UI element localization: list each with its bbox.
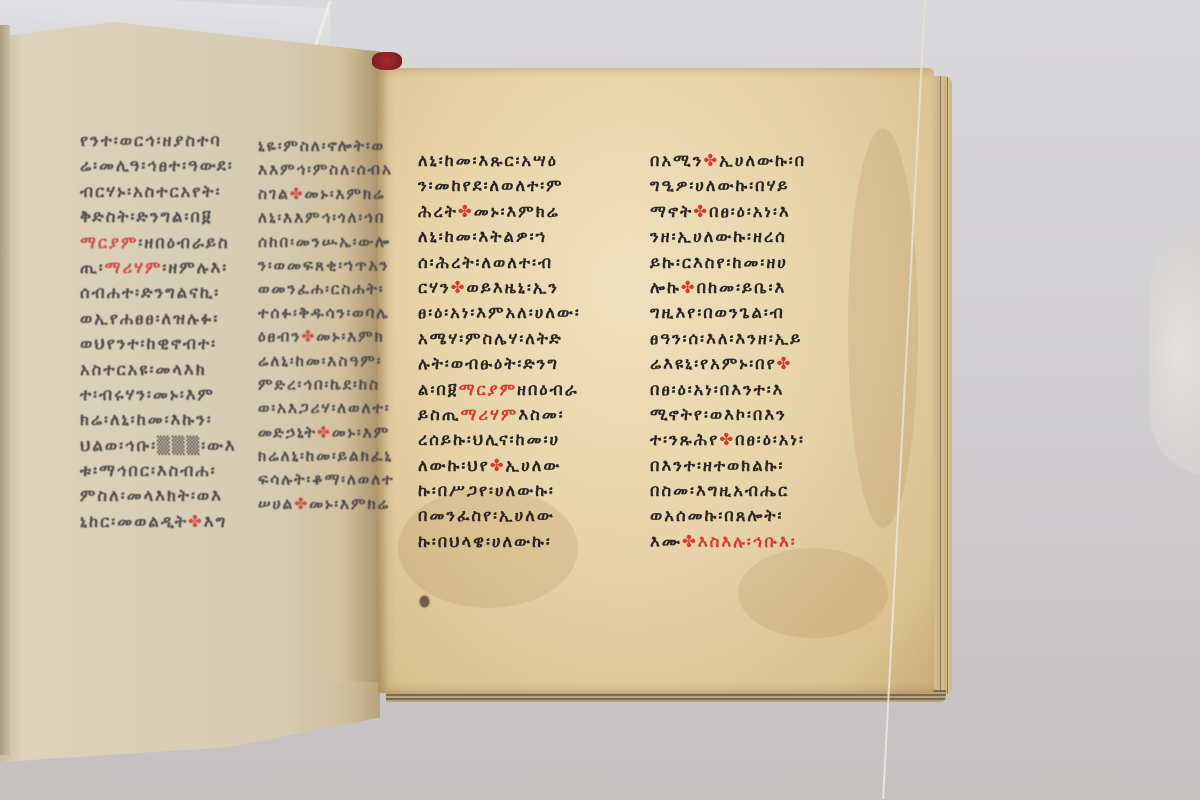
text-segment: እስመ፡ bbox=[518, 405, 564, 424]
text-line: አስተርአዩ፡መላእክ bbox=[80, 357, 237, 382]
text-line: ወአሰመኩ፡በጸሎት፡ bbox=[650, 503, 806, 528]
red-rubric: ✤ bbox=[188, 512, 204, 531]
text-line: ኩ፡በህላዌ፡ሀለውኩ፡ bbox=[418, 529, 581, 554]
left-page-edge bbox=[0, 25, 10, 755]
text-segment: ሬእዩኒ፡የአምኑ፡በየ bbox=[650, 354, 777, 373]
text-segment: ወይእዜኒ፡ኢን bbox=[466, 278, 559, 297]
text-line: በመንፈስየ፡ኢሀለው bbox=[418, 503, 581, 528]
text-segment: ሕረት bbox=[418, 202, 458, 221]
text-line: ክሬለኒ፡ከመ፡ይልክፈኒ bbox=[258, 444, 395, 468]
right-page-column-2: በአሚን✤ኢሀለውኩ፡በግዒዎ፡ሀለውኩ፡በሃይማኖት✤በፀ፡ዕ፡አነ፡እንዘ፡… bbox=[650, 148, 806, 554]
text-line: ሚኖትየ፡ወእኮ፡በእን bbox=[650, 402, 806, 427]
text-line: ክሬ፡ለኒ፡ከመ፡እኩን፡ bbox=[80, 407, 237, 432]
red-rubric: ✤እስእሉ፡ኅቡእ፡ bbox=[682, 532, 797, 551]
text-line: ተሰፉ፡ቅዱሳን፡ወባሌ bbox=[258, 301, 395, 325]
text-line: ንዘ፡ኢሀለውኩ፡ዘረሰ bbox=[650, 224, 806, 249]
text-segment: ኢሀለውኩ፡በ bbox=[719, 151, 806, 170]
text-line: ሰ፡ሕረት፡ለወለተ፡ብ bbox=[418, 250, 581, 275]
text-line: በፀ፡ዕ፡አነ፡በእንተ፡እ bbox=[650, 377, 806, 402]
text-line: ምስለ፡መላእክት፡ወእ bbox=[80, 483, 237, 508]
text-line: ለኒ፡ከመ፡እትልዎ፡ኀ bbox=[418, 224, 581, 249]
text-line: ምድረ፡ኅበ፡ኬደ፡ከስ bbox=[258, 373, 395, 397]
text-line: ጢ፡ማሪሃም፡ዘምሉእ፡ bbox=[80, 255, 237, 280]
text-line: በስመ፡እግዚአብሔር bbox=[650, 478, 806, 503]
text-line: ሬ፡መሊዓ፡ኅፀተ፡ዓውደ፡ bbox=[80, 153, 237, 178]
text-line: ተ፡ብሩሃን፡መኑ፡እም bbox=[80, 382, 237, 407]
text-segment: ተ፡ንጹሕየ bbox=[650, 430, 719, 449]
text-line: ወኢየሐፀፀ፡ለዝሉፉ፡ bbox=[80, 306, 237, 331]
text-line: ኒከር፡መወልዲት✤እግ bbox=[80, 509, 237, 534]
text-segment: መኑ፡እምክ bbox=[316, 328, 385, 346]
text-line: ርሃን✤ወይእዜኒ፡ኢን bbox=[418, 275, 581, 300]
text-line: ወ፡አእጋሪሃ፡ለወለተ፡ bbox=[258, 397, 395, 421]
text-line: በእንተ፡ዘተወክልኩ፡ bbox=[650, 453, 806, 478]
red-rubric: ማሪሃም bbox=[105, 258, 163, 277]
parchment-hole bbox=[420, 596, 429, 607]
text-line: ፍሳሉት፡ቆማ፡ለወለተ bbox=[258, 468, 395, 492]
text-line: ይኩ፡ርእስየ፡ከመ፡ዘሀ bbox=[650, 250, 806, 275]
support-cloth bbox=[1150, 225, 1200, 475]
text-line: ወመንፈሐ፡ርስሐት፡ bbox=[258, 277, 395, 301]
text-segment: ስገል bbox=[258, 185, 290, 203]
text-segment: ለውኩ፡ህየ bbox=[418, 456, 490, 475]
red-rubric: ✤ bbox=[681, 278, 697, 297]
text-line: ግዒዎ፡ሀለውኩ፡በሃይ bbox=[650, 173, 806, 198]
text-segment: ማኖት bbox=[650, 202, 693, 221]
text-line: ሎኩ✤በከመ፡ይቤ፡እ bbox=[650, 275, 806, 300]
text-line: ለኒ፡ከመ፡እጹር፡አሣዕ bbox=[418, 148, 581, 173]
left-page-column-2: ኒዬ፡ምስለ፡ኖሎት፡ወእእምኅ፡ምስለ፡ሰብአስገል✤መኑ፡እምክሬለኒ፡እእ… bbox=[258, 134, 395, 516]
red-rubric: ✤ bbox=[317, 423, 332, 441]
text-line: ስገል✤መኑ፡እምክሬ bbox=[258, 182, 395, 206]
red-rubric: ማሪሃም bbox=[461, 405, 519, 424]
text-line: ለውኩ፡ህየ✤ኢሀለው bbox=[418, 453, 581, 478]
text-segment: በፀ፡ዕ፡አነ፡ bbox=[735, 430, 805, 449]
text-line: አሜሃ፡ምስሌሃ፡ለትድ bbox=[418, 326, 581, 351]
text-segment: ፡ዘምሉእ፡ bbox=[162, 258, 228, 277]
text-segment: ኢሀለው bbox=[506, 456, 562, 475]
text-line: ፀዓን፡ሰ፡እለ፡እንዘ፡ኢይ bbox=[650, 326, 806, 351]
red-bookmark bbox=[372, 52, 402, 70]
text-line: በአሚን✤ኢሀለውኩ፡በ bbox=[650, 148, 806, 173]
text-line: የንተ፡ወርኅ፡ዘያስተባ bbox=[80, 128, 237, 153]
red-rubric: ✤ bbox=[693, 202, 709, 221]
text-segment: መኑ፡እምክሬ bbox=[305, 185, 386, 203]
text-segment: በአሚን bbox=[650, 151, 703, 170]
red-rubric: ✤ bbox=[301, 328, 316, 346]
text-segment: ሎኩ bbox=[650, 278, 681, 297]
text-line: ን፡መከየደ፡ለወለተ፡ም bbox=[418, 173, 581, 198]
text-segment: ይስጢ bbox=[418, 405, 461, 424]
text-segment: እግ bbox=[204, 512, 227, 531]
text-line: ሉት፡ወብፁዕት፡ድንግ bbox=[418, 351, 581, 376]
text-line: እሙ✤እስእሉ፡ኅቡእ፡ bbox=[650, 529, 806, 554]
text-segment: መኑ፡እምክሬ bbox=[474, 202, 560, 221]
text-segment: ል፡በ፱ bbox=[418, 380, 459, 399]
text-line: መድኃኒት✤መኑ፡እም bbox=[258, 420, 395, 444]
text-segment: ዘበዕብራ bbox=[517, 380, 579, 399]
text-segment: መኑ፡እምክሬ bbox=[309, 495, 390, 513]
text-line: ቱ፡ማኅበር፡እስብሐ፡ bbox=[80, 458, 237, 483]
text-line: ፀ፡ዕ፡አነ፡እምአለ፡ሀለው፡ bbox=[418, 300, 581, 325]
red-rubric: ✤ bbox=[490, 456, 506, 475]
text-line: ኒዬ፡ምስለ፡ኖሎት፡ወ bbox=[258, 134, 395, 158]
red-rubric: ✤ bbox=[290, 185, 305, 203]
text-line: ሬለኒ፡ከመ፡እስዓም፡ bbox=[258, 349, 395, 373]
text-line: ተ፡ንጹሕየ✤በፀ፡ዕ፡አነ፡ bbox=[650, 427, 806, 452]
red-rubric: ✤ bbox=[777, 354, 793, 373]
text-line: እእምኅ፡ምስለ፡ሰብአ bbox=[258, 158, 395, 182]
text-segment: ኒከር፡መወልዲት bbox=[80, 512, 188, 531]
text-segment: ዕፀብን bbox=[258, 328, 301, 346]
text-line: ይስጢማሪሃምእስመ፡ bbox=[418, 402, 581, 427]
text-segment: መድኃኒት bbox=[258, 423, 317, 441]
text-line: ብርሃኑ፡አስተርአየት፡ bbox=[80, 179, 237, 204]
text-line: ል፡በ፱ማርያምዘበዕብራ bbox=[418, 377, 581, 402]
red-rubric: ማርያም bbox=[80, 233, 138, 252]
red-rubric: ✤ bbox=[719, 430, 735, 449]
red-rubric: ✤ bbox=[294, 495, 309, 513]
text-line: ዕፀብን✤መኑ፡እምክ bbox=[258, 325, 395, 349]
text-line: ን፡ወመፍጸቂ፡ኀጥአን bbox=[258, 253, 395, 277]
text-line: ሰብሐተ፡ድንግልናኪ፡ bbox=[80, 280, 237, 305]
text-line: ወህየንተ፡ከዊኖብተ፡ bbox=[80, 331, 237, 356]
stain bbox=[738, 548, 888, 638]
text-line: ረሰይኩ፡ህሊና፡ከመ፡ሀ bbox=[418, 427, 581, 452]
text-segment: እሙ bbox=[650, 532, 682, 551]
text-line: ለኒ፡እእምኅ፡ጎለ፡ኅበ bbox=[258, 206, 395, 230]
red-rubric: ✤ bbox=[451, 278, 467, 297]
text-line: ሰከበ፡መንሡኤ፡ውሎ bbox=[258, 229, 395, 253]
left-page-column-1: የንተ፡ወርኅ፡ዘያስተባሬ፡መሊዓ፡ኅፀተ፡ዓውደ፡ብርሃኑ፡አስተርአየት፡… bbox=[80, 128, 237, 534]
text-line: ህልወ፡ኅቡ፡▒▒▒፡ውእ bbox=[80, 433, 237, 458]
red-rubric: ✤ bbox=[458, 202, 474, 221]
text-line: ሠሀል✤መኑ፡እምክሬ bbox=[258, 492, 395, 516]
text-line: ማኖት✤በፀ፡ዕ፡አነ፡እ bbox=[650, 199, 806, 224]
text-segment: ፡ዘበዕብራይስ bbox=[138, 233, 229, 252]
text-line: ግዚእየ፡በወንጌል፡ብ bbox=[650, 300, 806, 325]
text-segment: በከመ፡ይቤ፡እ bbox=[697, 278, 787, 297]
text-line: ቅድስት፡ድንግል፡በ፱ bbox=[80, 204, 237, 229]
text-segment: በፀ፡ዕ፡አነ፡እ bbox=[709, 202, 791, 221]
text-line: ኩ፡በሥጋየ፡ሀለውኩ፡ bbox=[418, 478, 581, 503]
text-segment: ርሃን bbox=[418, 278, 451, 297]
text-segment: ሠሀል bbox=[258, 495, 294, 513]
text-segment: ጢ፡ bbox=[80, 258, 105, 277]
text-line: ሬእዩኒ፡የአምኑ፡በየ✤ bbox=[650, 351, 806, 376]
text-segment: መኑ፡እም bbox=[332, 423, 390, 441]
manuscript-photo: የንተ፡ወርኅ፡ዘያስተባሬ፡መሊዓ፡ኅፀተ፡ዓውደ፡ብርሃኑ፡አስተርአየት፡… bbox=[0, 0, 1200, 800]
text-line: ሕረት✤መኑ፡እምክሬ bbox=[418, 199, 581, 224]
red-rubric: ማርያም bbox=[459, 380, 517, 399]
text-line: ማርያም፡ዘበዕብራይስ bbox=[80, 230, 237, 255]
right-page-column-1: ለኒ፡ከመ፡እጹር፡አሣዕን፡መከየደ፡ለወለተ፡ምሕረት✤መኑ፡እምክሬለኒ፡… bbox=[418, 148, 581, 554]
red-rubric: ✤ bbox=[703, 151, 719, 170]
